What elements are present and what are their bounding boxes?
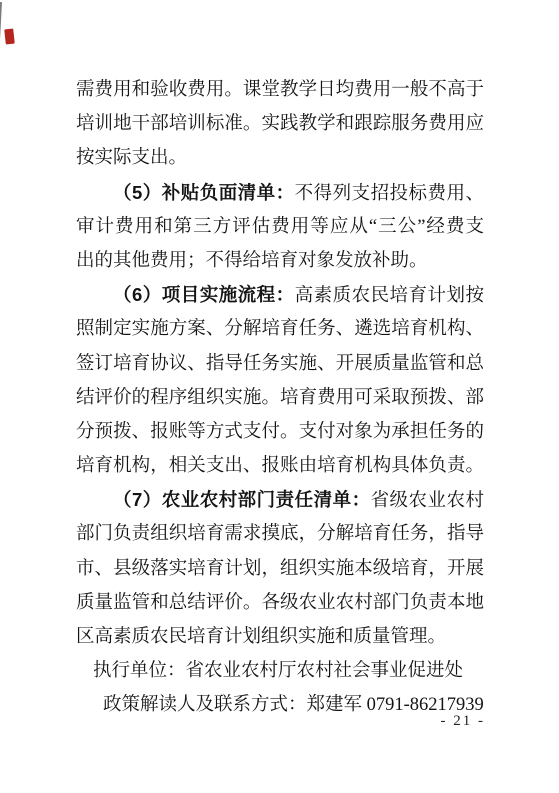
line-text: 需费用和验收费用。课堂教学日均费用一般不高于: [76, 80, 484, 100]
line-text: 签订培育协议、指导任务实施、开展质量监管和总: [76, 354, 484, 374]
line-text: 结评价的程序组织实施。培育费用可采取预拨、部: [76, 388, 484, 408]
text-line: 需费用和验收费用。课堂教学日均费用一般不高于: [76, 73, 484, 107]
line-text: 培训地干部培训标准。实践教学和跟踪服务费用应: [76, 114, 484, 134]
text-line: （6）项目实施流程：高素质农民培育计划按: [76, 278, 484, 312]
text-line: 结评价的程序组织实施。培育费用可采取预拨、部: [76, 381, 484, 415]
section-heading-bold: （7）农业农村部门责任清单：: [113, 489, 371, 510]
line-text: 区高素质农民培育计划组织实施和质量管理。: [76, 627, 446, 647]
text-line: 照制定实施方案、分解培育任务、遴选培育机构、: [76, 312, 484, 346]
line-text: 不得列支招投标费用、: [295, 184, 484, 204]
text-line: 分预拨、报账等方式支付。支付对象为承担任务的: [76, 415, 484, 449]
text-line: 审计费用和第三方评估费用等应从“三公”经费支: [76, 210, 484, 244]
line-text: 高素质农民培育计划按: [295, 286, 484, 306]
line-text: 执行单位：省农业农村厅农村社会事业促进处: [93, 661, 463, 681]
line-text: 审计费用和第三方评估费用等应从“三公”经费支: [76, 217, 484, 237]
line-text: 出的其他费用；不得给培育对象发放补助。: [76, 251, 428, 271]
text-line: 质量监管和总结评价。各级农业农村部门负责本地: [76, 586, 484, 620]
text-line: （5）补贴负面清单：不得列支招投标费用、: [76, 176, 484, 210]
text-line: 市、县级落实培育计划，组织实施本级培育，开展: [76, 552, 484, 586]
text-line: 出的其他费用；不得给培育对象发放补助。: [76, 244, 484, 278]
text-line: 按实际支出。: [76, 141, 484, 175]
text-line: 培训地干部培训标准。实践教学和跟踪服务费用应: [76, 107, 484, 141]
line-text: 培育机构，相关支出、报账由培育机构具体负责。: [76, 456, 484, 476]
red-stamp-mark: [4, 29, 15, 45]
text-line: （7）农业农村部门责任清单：省级农业农村: [76, 483, 484, 517]
line-text: 照制定实施方案、分解培育任务、遴选培育机构、: [76, 319, 484, 339]
text-line: 培育机构，相关支出、报账由培育机构具体负责。: [76, 449, 484, 483]
text-line: 政策解读人及联系方式：郑建军 0791-86217939: [76, 688, 484, 722]
text-line: 签订培育协议、指导任务实施、开展质量监管和总: [76, 347, 484, 381]
line-text: 省级农业农村: [371, 491, 484, 511]
page-number: - 21 -: [441, 711, 486, 731]
text-line: 执行单位：省农业农村厅农村社会事业促进处: [76, 654, 484, 688]
section-heading-bold: （6）项目实施流程：: [113, 284, 295, 305]
line-text: 分预拨、报账等方式支付。支付对象为承担任务的: [76, 422, 484, 442]
line-text: 部门负责组织培育需求摸底，分解培育任务，指导: [76, 524, 484, 544]
line-text: 市、县级落实培育计划，组织实施本级培育，开展: [76, 559, 484, 579]
document-page: 需费用和验收费用。课堂教学日均费用一般不高于培训地干部培训标准。实践教学和跟踪服…: [0, 0, 559, 793]
line-text: 按实际支出。: [76, 148, 187, 168]
line-text: 质量监管和总结评价。各级农业农村部门负责本地: [76, 593, 484, 613]
text-line: 区高素质农民培育计划组织实施和质量管理。: [76, 620, 484, 654]
document-body: 需费用和验收费用。课堂教学日均费用一般不高于培训地干部培训标准。实践教学和跟踪服…: [76, 73, 484, 723]
scan-edge-artifact: [0, 2, 2, 38]
text-line: 部门负责组织培育需求摸底，分解培育任务，指导: [76, 517, 484, 551]
section-heading-bold: （5）补贴负面清单：: [113, 182, 295, 203]
line-text: 政策解读人及联系方式：郑建军 0791-86217939: [103, 695, 484, 715]
